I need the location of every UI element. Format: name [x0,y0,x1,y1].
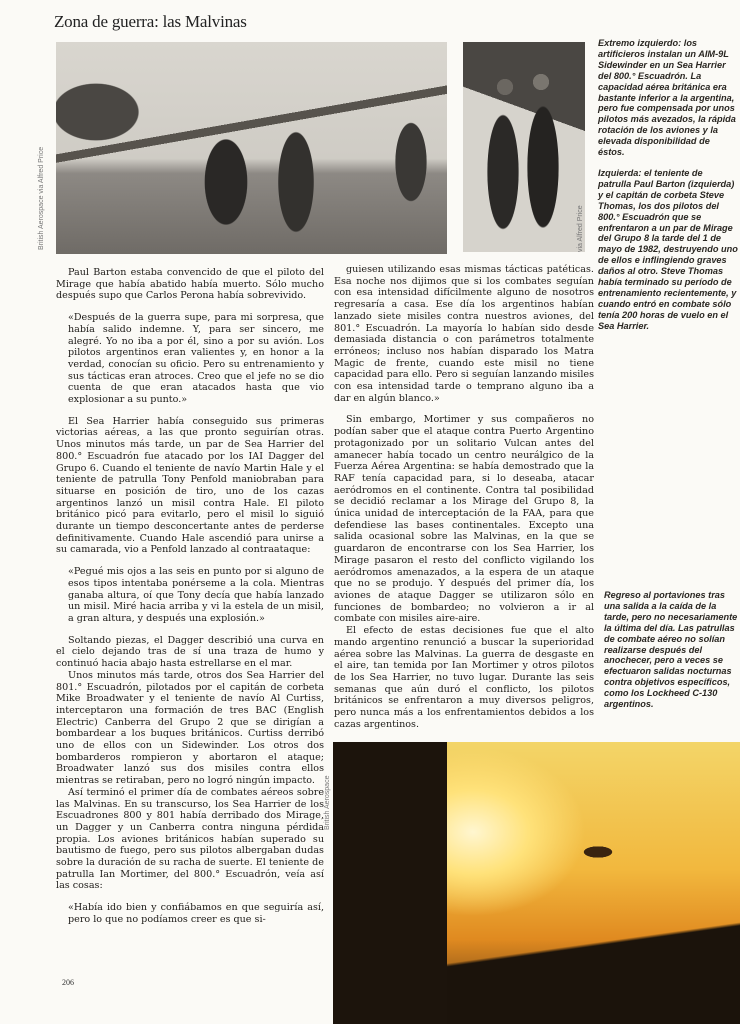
caption-armorers: Extremo izquierdo: los artificieros inst… [598,38,738,158]
caption-bottom: Regreso al portaviones tras una salida a… [604,590,738,720]
paragraph: El Sea Harrier había conseguido sus prim… [56,416,324,556]
paragraph: Unos minutos más tarde, otros dos Sea Ha… [56,670,324,787]
quote-block: «Pegué mis ojos a las seis en punto por … [68,566,324,625]
caption-carrier-return: Regreso al portaviones tras una salida a… [604,590,738,710]
paragraph: Soltando piezas, el Dagger describió una… [56,635,324,670]
quote-block: «Había ido bien y confiábamos en que seg… [68,902,324,925]
body-column-1: Paul Barton estaba convencido de que el … [56,267,324,936]
photo-credit: British Aerospace via Alfred Price [38,147,45,250]
paragraph: El efecto de estas decisiones fue que el… [334,625,594,730]
caption-top: Extremo izquierdo: los artificieros inst… [598,38,738,342]
page-number: 206 [62,978,74,987]
photo-armorers-sidewinder [56,42,447,254]
paragraph: Paul Barton estaba convencido de que el … [56,267,324,302]
photo-pilots-barton-thomas [463,42,585,252]
photo-credit: via Alfred Price [577,205,584,252]
photo-carrier-sunset [333,742,740,1024]
paragraph: Sin embargo, Mortimer y sus compañeros n… [334,414,594,625]
paragraph: Así terminó el primer día de combates aé… [56,787,324,892]
quote-block: «Después de la guerra supe, para mi sorp… [68,312,324,406]
body-column-2: guiesen utilizando esas mismas tácticas … [334,264,594,730]
quote-continuation: guiesen utilizando esas mismas tácticas … [334,264,594,404]
caption-pilots: Izquierda: el teniente de patrulla Paul … [598,168,738,332]
photo-credit: British Aerospace [324,776,331,830]
running-header: Zona de guerra: las Malvinas [54,12,247,32]
